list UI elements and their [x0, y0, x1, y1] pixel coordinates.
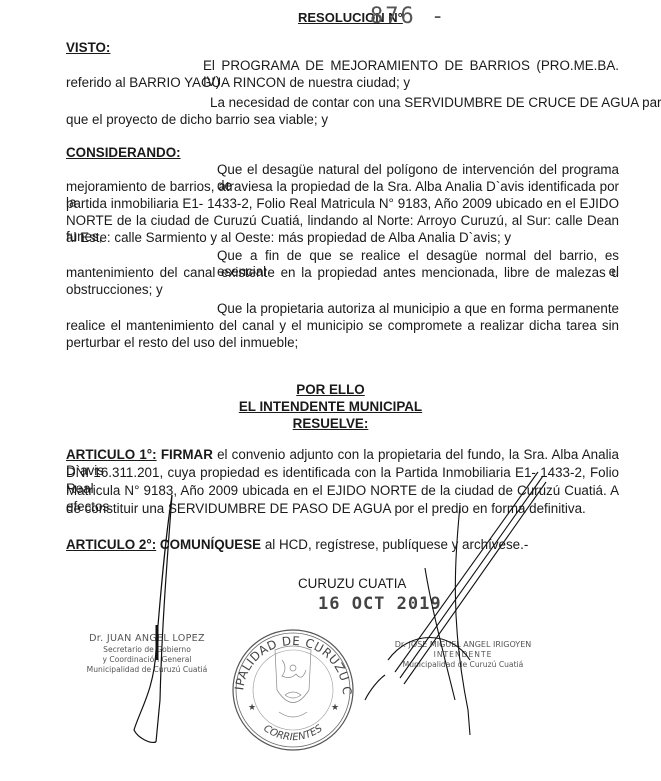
star-icon: ★: [331, 702, 339, 712]
seal-bottom-text: CORRIENTES: [261, 723, 325, 743]
municipal-seal: MUNICIPALIDAD DE CURUZU CUATIA CORRIENTE…: [0, 0, 354, 750]
handwritten-signature-left: [134, 495, 172, 742]
seal-top-text: MUNICIPALIDAD DE CURUZU CUATIA: [0, 0, 354, 696]
coat-of-arms-icon: [268, 644, 318, 717]
svg-text:MUNICIPALIDAD DE CURUZU CUATIA: MUNICIPALIDAD DE CURUZU CUATIA: [0, 0, 354, 696]
svg-text:CORRIENTES: CORRIENTES: [261, 723, 325, 743]
star-icon: ★: [248, 702, 256, 712]
seal-and-signatures: MUNICIPALIDAD DE CURUZU CUATIA CORRIENTE…: [0, 0, 661, 781]
handwritten-signature-right: [365, 472, 546, 735]
resolution-document: RESOLUCION N° 876 - VISTO: El PROGRAMA D…: [0, 0, 661, 781]
